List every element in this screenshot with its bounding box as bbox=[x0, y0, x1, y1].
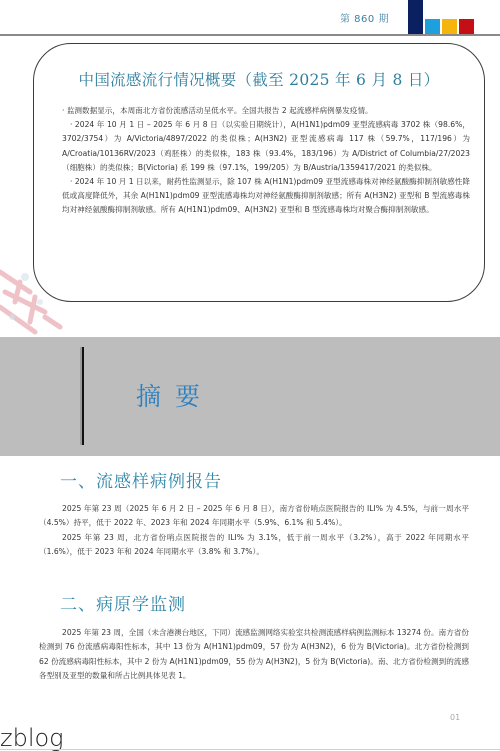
issue-number: 第 860 期 bbox=[340, 10, 389, 25]
section-paragraph: 2025 年第 23 周（2025 年 6 月 2 日 – 2025 年 6 月… bbox=[39, 502, 469, 531]
abstract-banner: 摘要 bbox=[0, 337, 500, 456]
section-body-ili: 2025 年第 23 周（2025 年 6 月 2 日 – 2025 年 6 月… bbox=[39, 502, 469, 560]
page-number: 01 bbox=[450, 713, 460, 722]
summary-paragraph: · 2024 年 10 月 1 日以来，耐药性监测显示，除 107 株 A(H1… bbox=[62, 175, 470, 218]
abstract-title: 摘要 bbox=[136, 377, 214, 413]
section-heading-pathogen: 二、病原学监测 bbox=[60, 590, 186, 615]
section-heading-ili: 一、流感样病例报告 bbox=[60, 467, 222, 492]
brand-bar-yellow bbox=[442, 19, 457, 34]
abstract-divider bbox=[82, 347, 84, 445]
section-body-pathogen: 2025 年第 23 周，全国（未含港澳台地区，下同）流感监测网络实验室共检测流… bbox=[39, 626, 469, 684]
section-paragraph: 2025 年第 23 周，北方省份哨点医院报告的 ILI% 为 3.1%，低于前… bbox=[39, 531, 469, 560]
watermark-text: zblog bbox=[0, 725, 64, 751]
virus-illustration-icon bbox=[0, 262, 70, 340]
header-divider bbox=[0, 34, 500, 36]
summary-title: 中国流感流行情况概要（截至 2025 年 6 月 8 日） bbox=[34, 68, 484, 90]
brand-bar-blue bbox=[425, 19, 440, 34]
summary-body: · 监测数据显示，本周南北方省份流感活动呈低水平。全国共报告 2 起流感样病例暴… bbox=[62, 104, 470, 218]
section-paragraph: 2025 年第 23 周，全国（未含港澳台地区，下同）流感监测网络实验室共检测流… bbox=[39, 626, 469, 684]
summary-paragraph: · 监测数据显示，本周南北方省份流感活动呈低水平。全国共报告 2 起流感样病例暴… bbox=[62, 104, 470, 118]
brand-logo-bars bbox=[408, 0, 474, 34]
footer-divider bbox=[0, 749, 500, 750]
brand-bar-navy bbox=[408, 0, 423, 34]
brand-bar-red bbox=[459, 19, 474, 34]
summary-paragraph: · 2024 年 10 月 1 日 – 2025 年 6 月 8 日（以实验日期… bbox=[62, 118, 470, 175]
summary-box: 中国流感流行情况概要（截至 2025 年 6 月 8 日） · 监测数据显示，本… bbox=[33, 43, 485, 302]
